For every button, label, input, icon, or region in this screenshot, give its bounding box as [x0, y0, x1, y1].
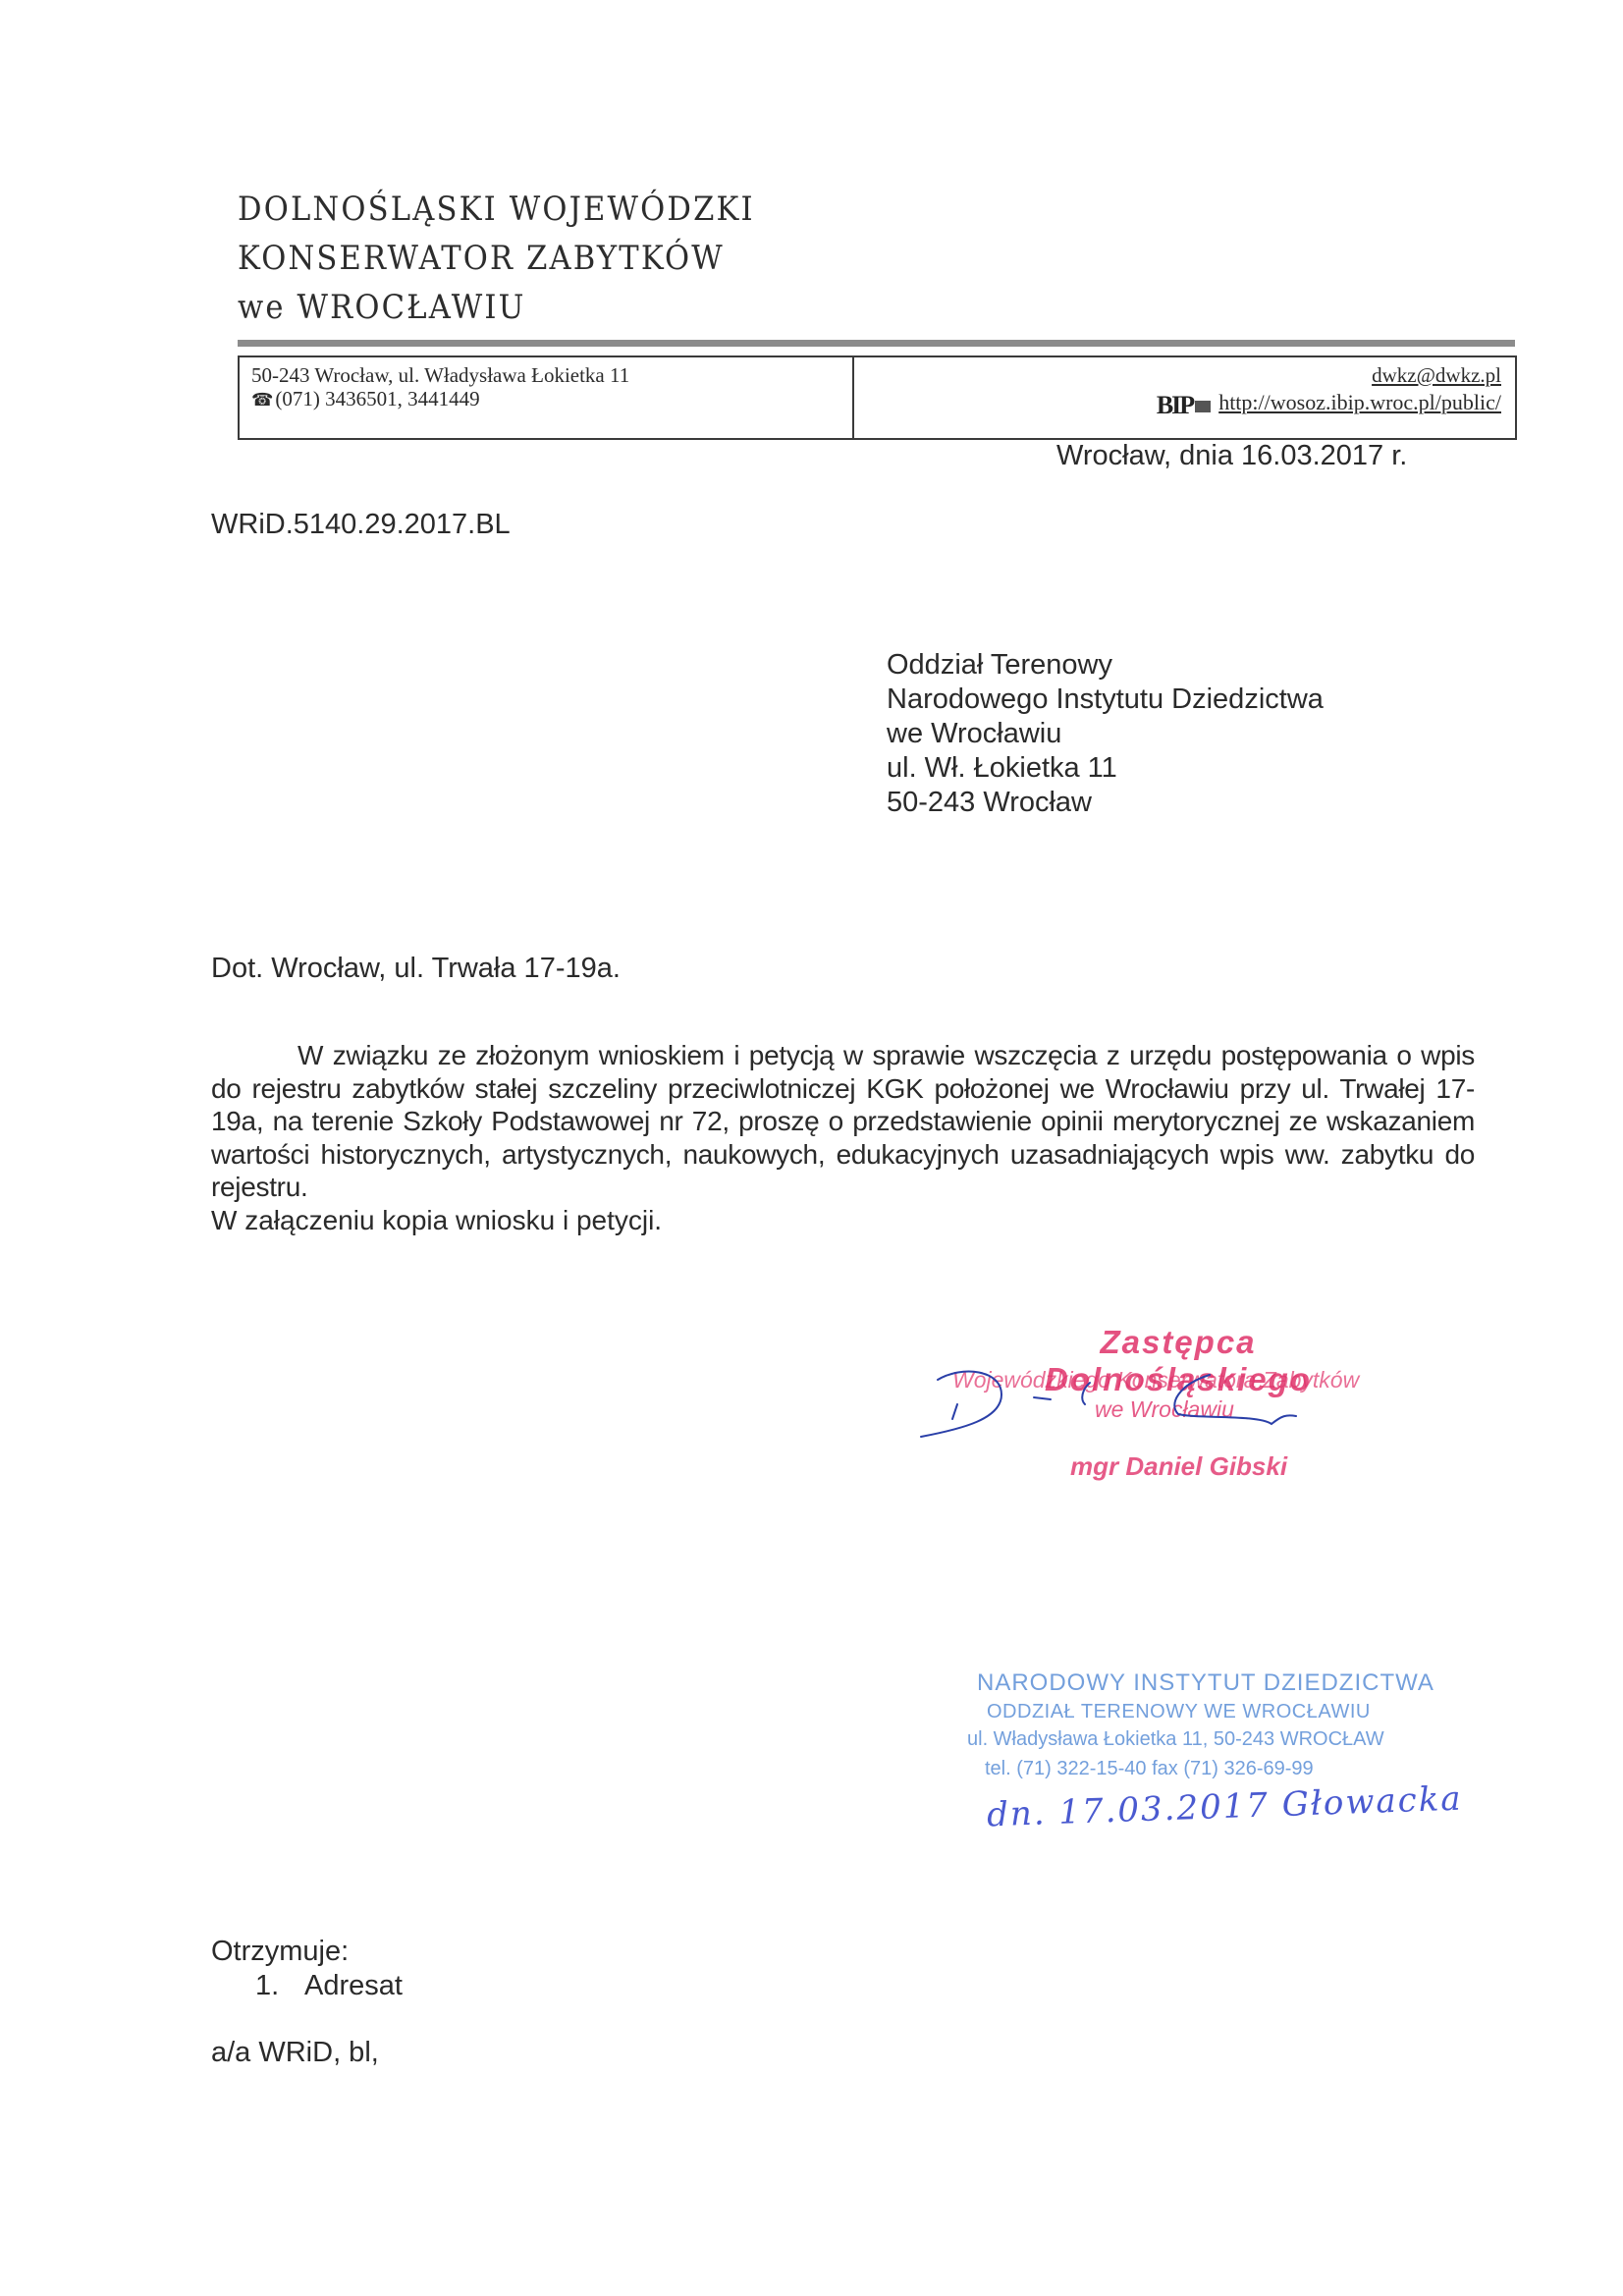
receipt-stamp-line: tel. (71) 322-15-40 fax (71) 326-69-99 — [985, 1758, 1314, 1780]
reference-number: WRiD.5140.29.2017.BL — [211, 509, 511, 541]
contact-address-cell: 50-243 Wrocław, ul. Władysława Łokietka … — [240, 357, 854, 438]
addressee-line: Oddział Terenowy — [887, 648, 1324, 683]
bip-row: BIPhttp://wosoz.ibip.wroc.pl/public/ — [870, 391, 1501, 417]
handwritten-receipt-note: dn. 17.03.2017 Głowacka — [986, 1779, 1463, 1835]
contact-links-cell: dwkz@dwkz.pl BIPhttp://wosoz.ibip.wroc.p… — [856, 357, 1515, 438]
file-copy-note: a/a WRiD, bl, — [211, 2037, 379, 2069]
addressee-line: Narodowego Instytutu Dziedzictwa — [887, 683, 1324, 717]
receipt-stamp-line: ODDZIAŁ TERENOWY WE WROCŁAWIU — [987, 1701, 1371, 1723]
recipients-block: Otrzymuje: 1.Adresat — [211, 1935, 403, 2003]
recipient-number: 1. — [255, 1969, 304, 2003]
attachment-note: W załączeniu kopia wniosku i petycji. — [211, 1204, 1475, 1237]
letterhead-title-line: we WROCŁAWIU — [238, 283, 755, 332]
letterhead-title-line: KONSERWATOR ZABYTKÓW — [238, 234, 755, 283]
receipt-stamp-line: ul. Władysława Łokietka 11, 50-243 WROCŁ… — [967, 1728, 1384, 1751]
subject-line: Dot. Wrocław, ul. Trwała 17-19a. — [211, 953, 621, 985]
bip-logo-icon: BIP — [1157, 394, 1211, 417]
addressee-block: Oddział Terenowy Narodowego Instytutu Dz… — [887, 648, 1324, 820]
office-address: 50-243 Wrocław, ul. Władysława Łokietka … — [251, 363, 840, 387]
phone-icon: ☎ — [251, 390, 273, 410]
letterhead-divider — [238, 340, 1515, 347]
recipient-item: 1.Adresat — [211, 1969, 403, 2003]
document-date: Wrocław, dnia 16.03.2017 r. — [1056, 440, 1407, 472]
letter-body: W związku ze złożonym wnioskiem i petycj… — [211, 1039, 1475, 1236]
office-phone-row: ☎(071) 3436501, 3441449 — [251, 387, 840, 411]
body-paragraph: W związku ze złożonym wnioskiem i petycj… — [211, 1039, 1475, 1204]
recipient-name: Adresat — [304, 1970, 403, 2001]
addressee-line: we Wrocławiu — [887, 717, 1324, 751]
email-link[interactable]: dwkz@dwkz.pl — [1372, 363, 1501, 387]
contact-box: 50-243 Wrocław, ul. Władysława Łokietka … — [238, 355, 1517, 440]
recipients-label: Otrzymuje: — [211, 1935, 403, 1969]
bip-url-link[interactable]: http://wosoz.ibip.wroc.pl/public/ — [1218, 390, 1501, 414]
office-phone: (071) 3436501, 3441449 — [275, 387, 479, 410]
letterhead-title-line: DOLNOŚLĄSKI WOJEWÓDZKI — [238, 185, 755, 234]
addressee-line: ul. Wł. Łokietka 11 — [887, 751, 1324, 786]
receipt-stamp-line: NARODOWY INSTYTUT DZIEDZICTWA — [977, 1669, 1434, 1697]
addressee-line: 50-243 Wrocław — [887, 786, 1324, 820]
handwritten-signature-icon — [903, 1306, 1414, 1503]
letterhead-title: DOLNOŚLĄSKI WOJEWÓDZKI KONSERWATOR ZABYT… — [238, 185, 755, 332]
